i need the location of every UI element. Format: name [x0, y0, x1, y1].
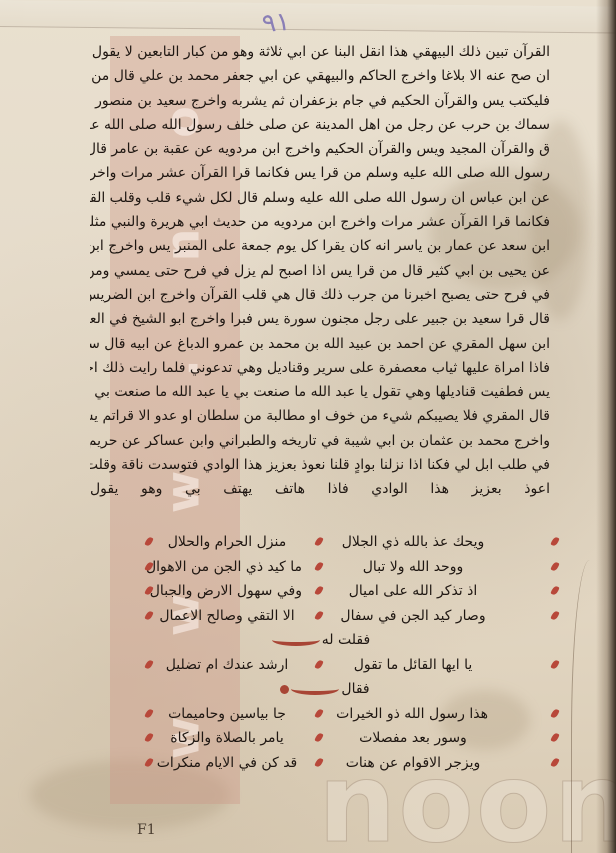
verse-heading: فقال	[90, 677, 550, 702]
prose-line: ق والقرآن المجيد ويس والقرآن الحكيم واخر…	[90, 137, 550, 161]
page-top-edge	[0, 0, 616, 33]
prose-line: ابن سهل المقري عن احمد بن عبيد الله بن م…	[90, 332, 550, 356]
rubric-swash-icon	[291, 683, 339, 695]
verse-heading: فقلت له	[90, 628, 550, 653]
hemistich-left: الا التقي وصالح الاعمال	[152, 604, 302, 628]
prose-line: في طلب ابل لي فكنا اذا نزلنا بوادٍ قلنا …	[90, 453, 550, 477]
prose-line: واخرج محمد بن عثمان بن ابي شيبة في تاريخ…	[90, 429, 550, 453]
hemistich-right: يا ايها القائل ما تقول	[338, 653, 488, 677]
verse-marker-icon	[550, 585, 559, 596]
verse-marker-icon	[314, 561, 323, 572]
hemistich-right: ووحد الله ولا تبال	[338, 555, 488, 579]
verse-marker-icon	[314, 585, 323, 596]
hemistich-left: ارشد عندك ام تضليل	[152, 653, 302, 677]
hemistich-right: وصار كيد الجن في سفال	[338, 604, 488, 628]
rubric-swash-icon	[272, 634, 320, 646]
hemistich-right: هذا رسول الله ذو الخيرات	[338, 702, 488, 726]
verse-marker-icon	[550, 659, 559, 670]
prose-line: سماك بن حرب عن رجل من اهل المدينة عن صلى…	[90, 113, 550, 137]
manuscript-page: o n . w w w ٩١ القرآن تبين ذلك البيهقي ه…	[0, 0, 616, 853]
verse-marker-icon	[550, 536, 559, 547]
hemistich-right: ويحك عذ بالله ذي الجلال	[338, 530, 488, 554]
prose-line: ان صح عنه الا بلاغا واخرج الحاكم والبيهق…	[90, 64, 550, 88]
verse-row: يا ايها القائل ما تقول ارشد عندك ام تضلي…	[90, 653, 550, 678]
marginal-note: F1	[137, 822, 156, 838]
verse-marker-icon	[550, 561, 559, 572]
verse-row: ووحد الله ولا تبال ما كيد ذي الجن من الا…	[90, 555, 550, 580]
prose-line: فاذا امراة عليها ثياب معصفرة على سرير وق…	[90, 356, 550, 380]
heading-text: فقلت له	[322, 632, 370, 648]
hemistich-left: منزل الحرام والحلال	[152, 530, 302, 554]
page-right-edge	[596, 0, 616, 853]
prose-line: قال المقري فلا يصيبكم شيء من خوف او مطال…	[90, 404, 550, 428]
prose-line: عن يحيى بن ابي كثير قال من قرا يس اذا اص…	[90, 259, 550, 283]
rubric-dot-icon	[280, 685, 289, 694]
prose-line: عن ابن عباس ان رسول الله صلى الله عليه و…	[90, 186, 550, 210]
verse-row: وصار كيد الجن في سفال الا التقي وصالح ال…	[90, 604, 550, 629]
hemistich-left: جا بياسين وحاميمات	[152, 702, 302, 726]
verse-marker-icon	[314, 708, 323, 719]
prose-line: رسول الله صلى الله عليه وسلم من قرا يس ف…	[90, 161, 550, 185]
hemistich-left: قد كن في الايام منكرات	[152, 751, 302, 775]
prose-line: اعوذ بعزيز هذا الوادي فاذا هاتف يهتف بي …	[90, 477, 550, 501]
verse-marker-icon	[314, 536, 323, 547]
hemistich-left: يامر بالصلاة والزكاة	[152, 726, 302, 750]
prose-line: القرآن تبين ذلك البيهقي هذا انقل البنا ع…	[90, 40, 550, 64]
prose-line: فليكتب يس والقرآن الحكيم في جام بزعفران …	[90, 89, 550, 113]
verse-marker-icon	[550, 708, 559, 719]
prose-line: يس فطفيت قناديلها وهي تقول يا عبد الله م…	[90, 380, 550, 404]
verse-row: ويحك عذ بالله ذي الجلال منزل الحرام والح…	[90, 530, 550, 555]
heading-text: فقال	[341, 681, 369, 697]
prose-line: ابن سعد عن عمار بن ياسر انه كان يقرا كل …	[90, 234, 550, 258]
hemistich-right: اذ تذكر الله على اميال	[338, 579, 488, 603]
prose-line: في فرح حتى يصبح اخبرنا من جرب ذلك قال هي…	[90, 283, 550, 307]
hemistich-left: وفي سهول الارض والجبال	[152, 579, 302, 603]
verse-row: هذا رسول الله ذو الخيرات جا بياسين وحامي…	[90, 702, 550, 727]
verse-marker-icon	[314, 659, 323, 670]
verse-marker-icon	[314, 610, 323, 621]
verse-row: اذ تذكر الله على اميال وفي سهول الارض وا…	[90, 579, 550, 604]
verse-marker-icon	[550, 610, 559, 621]
folio-number: ٩١	[261, 7, 292, 40]
prose-line: قال قرا سعيد بن جبير على رجل مجنون سورة …	[90, 307, 550, 331]
hemistich-left: ما كيد ذي الجن من الاهوال	[152, 555, 302, 579]
prose-line: فكانما قرا القرآن عشر مرات واخرج ابن مرد…	[90, 210, 550, 234]
prose-text-block: القرآن تبين ذلك البيهقي هذا انقل البنا ع…	[90, 40, 550, 502]
